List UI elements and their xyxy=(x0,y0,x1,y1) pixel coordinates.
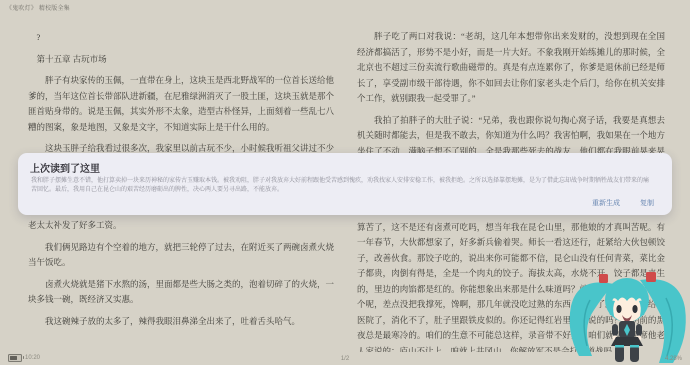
popup-actions: 重新生成 复制 xyxy=(592,198,654,208)
paragraph: 胖子吃了两口对我说：“老胡，这几年本想带你出来发财的，没想到现在全国经济都搞活了… xyxy=(357,29,665,107)
paragraph-fragment: ? xyxy=(28,30,334,46)
last-read-popup: 上次读到了这里 我和胖子摆摊生意不错，他打算卖掉一块来历神秘的家传古玉赚取本钱。… xyxy=(18,153,672,215)
page-indicator: 1/2 xyxy=(0,356,690,362)
paragraph: 老太太补发了好多工资。 xyxy=(28,218,334,234)
paragraph: 胖子有块家传的玉佩，一直带在身上，这块玉是西北野战军的一位首长送给他爹的，当年这… xyxy=(28,73,334,135)
chapter-title: 第十五章 古玩市场 xyxy=(28,52,334,68)
paragraph: 我这碗辣子放的太多了，辣得我眼泪鼻涕全出来了，吐着舌头哈气。 xyxy=(28,314,334,330)
popup-title: 上次读到了这里 xyxy=(30,160,100,175)
paragraph: 卤煮火烧就是猪下水熬的汤，里面都是些大肠之类的，泡着切碎了的火烧，一块多钱一碗，… xyxy=(28,277,334,308)
copy-button[interactable]: 复制 xyxy=(640,198,654,208)
progress-label: 4.28% xyxy=(665,356,682,362)
regenerate-button[interactable]: 重新生成 xyxy=(592,198,620,208)
paragraph: 我们俩见路边有个空着的地方，就把三轮停了过去，在附近买了两碗卤煮火烧当午饭吃。 xyxy=(28,240,334,271)
status-bar: 10:20 1/2 4.28% xyxy=(0,351,690,363)
popup-summary-text: 我和胖子摆摊生意不错，他打算卖掉一块来历神秘的家传古玉赚取本钱。被我劝阻，胖子对… xyxy=(31,177,650,194)
